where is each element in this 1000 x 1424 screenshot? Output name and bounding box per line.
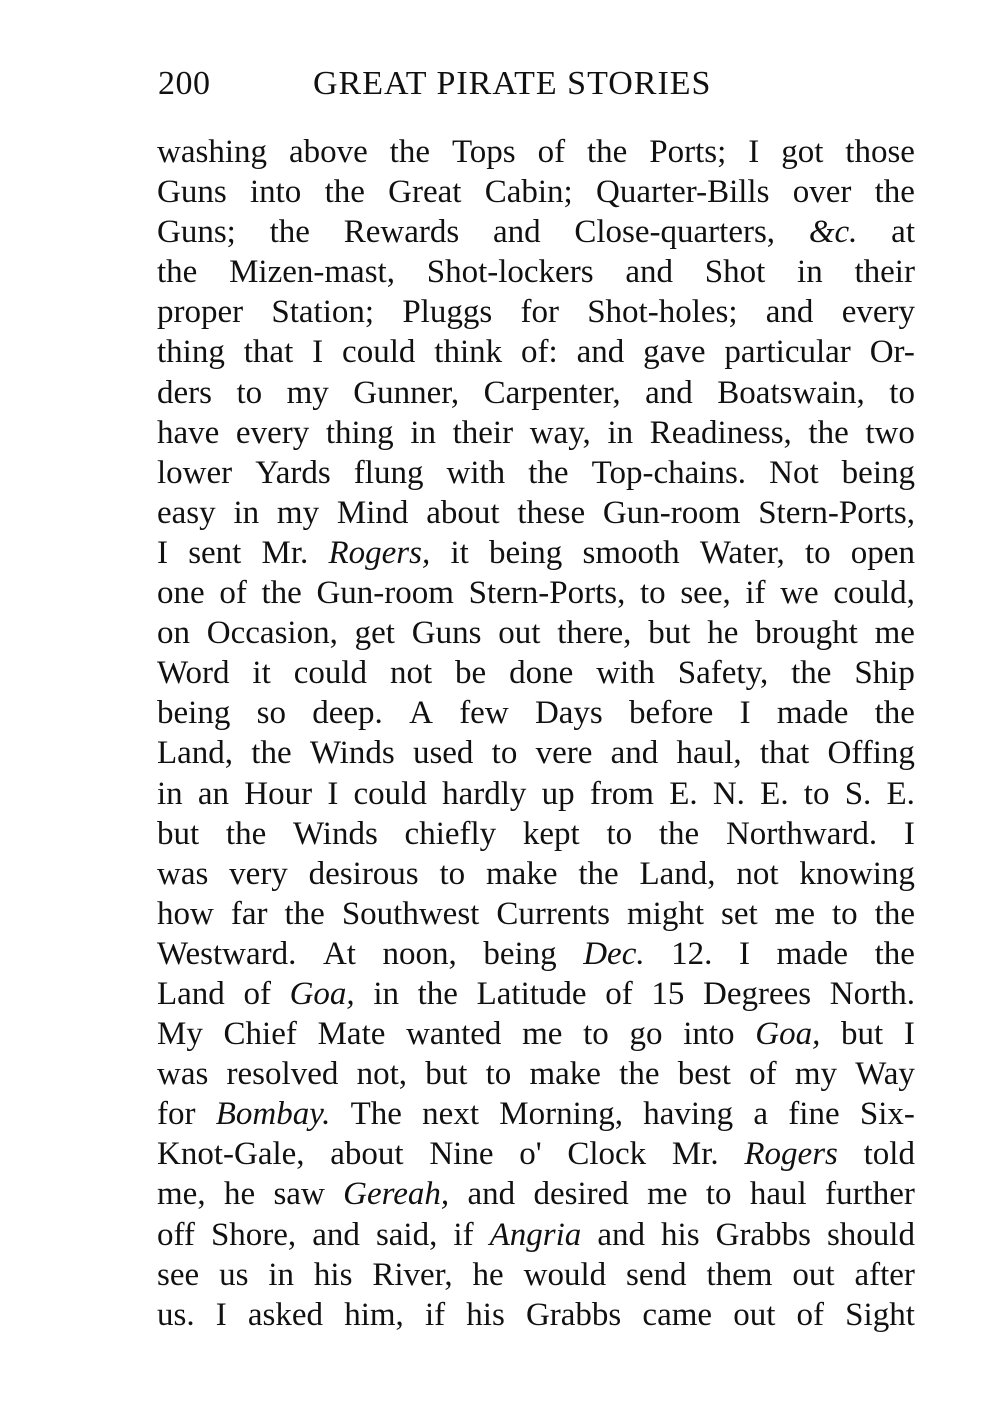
word: Stern-Ports, <box>469 573 626 613</box>
word: Grabbs <box>716 1215 811 1255</box>
book-page: 200 GREAT PIRATE STORIES washingabovethe… <box>0 0 1000 1424</box>
word: an <box>198 774 229 814</box>
text-line: howfartheSouthwestCurrentsmightsetmetoth… <box>157 894 915 934</box>
word: of <box>749 1054 777 1094</box>
word: Guns <box>157 172 227 212</box>
word: not <box>736 854 778 894</box>
text-line: buttheWindschieflykepttotheNorthward.I <box>157 814 915 854</box>
word: chiefly <box>405 814 497 854</box>
word: after <box>854 1255 914 1295</box>
text-line: seeusinhisRiver,hewouldsendthemoutafter <box>157 1255 915 1295</box>
word: River, <box>372 1255 452 1295</box>
text-line: wasresolvednot,buttomakethebestofmyWay <box>157 1054 915 1094</box>
text-line: washingabovetheTopsofthePorts;Igotthose <box>157 132 915 172</box>
word: my <box>277 493 319 533</box>
word: Close-quarters, <box>574 212 775 252</box>
word: easy <box>157 493 216 533</box>
word: Westward. <box>157 934 296 974</box>
word: his <box>661 1215 700 1255</box>
word: in <box>410 413 436 453</box>
word: the <box>875 172 915 212</box>
text-line: wasverydesiroustomaketheLand,notknowing <box>157 854 915 894</box>
word: out <box>498 613 540 653</box>
word: Station; <box>271 292 374 332</box>
word: to <box>804 774 830 814</box>
text-line: inanHourIcouldhardlyupfromE.N.E.toS.E. <box>157 774 915 814</box>
word: A <box>409 693 433 733</box>
word: Or- <box>870 332 915 372</box>
word: and <box>493 212 541 252</box>
word: to <box>236 373 262 413</box>
word: could <box>354 774 427 814</box>
word: Chief <box>224 1014 297 1054</box>
word: Dec. <box>583 934 644 974</box>
word: and <box>468 1174 516 1214</box>
word: I <box>904 1014 915 1054</box>
word: the <box>270 212 310 252</box>
word: see <box>157 1255 199 1295</box>
word: got <box>781 132 823 172</box>
word: the <box>587 132 627 172</box>
word: Ship <box>854 653 915 693</box>
word: Bombay. <box>216 1094 331 1134</box>
text-line: Land,theWindsusedtovereandhaul,thatOffin… <box>157 733 915 773</box>
word: Currents <box>496 894 610 934</box>
word: Winds <box>293 814 378 854</box>
word: Nine <box>429 1134 493 1174</box>
word: we <box>780 573 818 613</box>
word: was <box>157 854 208 894</box>
word: up <box>542 774 575 814</box>
word: off <box>157 1215 195 1255</box>
word: me <box>522 1014 562 1054</box>
word: Safety, <box>678 653 768 693</box>
word: Stern-Ports, <box>758 493 915 533</box>
word: Guns <box>412 613 482 653</box>
word: At <box>323 934 356 974</box>
word: make <box>486 854 557 894</box>
word: to <box>832 894 858 934</box>
text-line: GunsintotheGreatCabin;Quarter-Billsovert… <box>157 172 915 212</box>
word: them <box>706 1255 772 1295</box>
word: out <box>792 1255 834 1295</box>
text-line: MyChiefMatewantedmetogointoGoa,butI <box>157 1014 915 1054</box>
word: particular <box>724 332 850 372</box>
word: Boatswain, <box>717 373 865 413</box>
word: told <box>864 1134 915 1174</box>
word: me <box>775 894 815 934</box>
word: he <box>707 613 738 653</box>
word: if <box>453 1215 473 1255</box>
word: Tops <box>452 132 516 172</box>
word: these <box>517 493 585 533</box>
word: my <box>287 373 329 413</box>
word: in <box>157 774 183 814</box>
word: it <box>252 653 270 693</box>
word: into <box>250 172 301 212</box>
text-line: Guns;theRewardsandClose-quarters,&c.at <box>157 212 915 252</box>
word: that <box>244 332 293 372</box>
word: him, <box>344 1295 404 1335</box>
word: every <box>842 292 915 332</box>
word: have <box>157 413 219 453</box>
word: to <box>640 573 666 613</box>
word: Rewards <box>344 212 459 252</box>
word: the <box>251 733 291 773</box>
word: sent <box>188 533 241 573</box>
word: their <box>453 413 513 453</box>
word: and <box>312 1215 360 1255</box>
word: before <box>629 693 713 733</box>
word: above <box>289 132 368 172</box>
word: done <box>509 653 573 693</box>
word: of <box>797 1295 825 1335</box>
word: and <box>577 332 625 372</box>
word: Mr. <box>262 533 309 573</box>
word: smooth <box>582 533 679 573</box>
word: Land <box>157 974 225 1014</box>
word: flung <box>354 453 424 493</box>
word: so <box>257 693 286 733</box>
word: my <box>795 1054 837 1094</box>
word: I <box>739 934 750 974</box>
word: Carpenter, <box>484 373 621 413</box>
running-title: GREAT PIRATE STORIES <box>313 62 711 106</box>
text-line: easyinmyMindabouttheseGun-roomStern-Port… <box>157 493 915 533</box>
word: 15 <box>651 974 684 1014</box>
word: the <box>325 172 365 212</box>
word: Word <box>157 653 230 693</box>
word: and <box>625 252 673 292</box>
word: send <box>626 1255 687 1295</box>
word: was <box>157 1054 208 1094</box>
word: Guns; <box>157 212 236 252</box>
word: Shot-lockers <box>427 252 594 292</box>
word: from <box>590 774 654 814</box>
word: Northward. <box>726 814 877 854</box>
word: saw <box>273 1174 324 1214</box>
text-line: theMizen-mast,Shot-lockersandShotintheir <box>157 252 915 292</box>
word: being <box>483 934 556 974</box>
word: he <box>473 1255 504 1295</box>
word: I <box>216 1295 227 1335</box>
word: Gunner, <box>353 373 459 413</box>
word: Clock <box>567 1134 646 1174</box>
word: noon, <box>383 934 457 974</box>
word: on <box>157 613 190 653</box>
word: that <box>760 733 809 773</box>
text-line: lowerYardsflungwiththeTop-chains.Notbein… <box>157 453 915 493</box>
text-line: IsentMr.Rogers,itbeingsmoothWater,toopen <box>157 533 915 573</box>
word: would <box>524 1255 607 1295</box>
word: the <box>226 814 266 854</box>
word: open <box>851 533 915 573</box>
word: to <box>492 733 518 773</box>
word: Way <box>855 1054 915 1094</box>
word: further <box>825 1174 915 1214</box>
word: proper <box>157 292 243 332</box>
word: to <box>583 1014 609 1054</box>
word: us <box>219 1255 248 1295</box>
word: Rogers <box>744 1134 838 1174</box>
word: might <box>627 894 704 934</box>
word: fine <box>788 1094 839 1134</box>
word: should <box>827 1215 915 1255</box>
text-line: haveeverythingintheirway,inReadiness,the… <box>157 413 915 453</box>
word: one <box>157 573 205 613</box>
text-line: beingsodeep.AfewDaysbeforeImadethe <box>157 693 915 733</box>
word: how <box>157 894 214 934</box>
word: way, <box>530 413 591 453</box>
word: lower <box>157 453 232 493</box>
word: the <box>261 573 301 613</box>
word: could, <box>833 573 915 613</box>
word: over <box>793 172 852 212</box>
text-line: thingthatIcouldthinkof:andgaveparticular… <box>157 332 915 372</box>
word: of <box>538 132 566 172</box>
word: could <box>294 653 367 693</box>
word: North. <box>830 974 915 1014</box>
word: to <box>440 854 466 894</box>
word: Southwest <box>342 894 480 934</box>
word: if <box>425 1295 445 1335</box>
text-line: Knot-Gale,aboutNineo'ClockMr.Rogerstold <box>157 1134 915 1174</box>
word: but <box>425 1054 467 1094</box>
word: haul, <box>677 733 742 773</box>
word: Gun-room <box>316 573 453 613</box>
word: a <box>753 1094 768 1134</box>
word: used <box>413 733 474 773</box>
word: I <box>748 132 759 172</box>
word: Six- <box>860 1094 915 1134</box>
word: Quarter-Bills <box>596 172 769 212</box>
text-line: onOccasion,getGunsoutthere,buthebroughtm… <box>157 613 915 653</box>
word: the <box>284 894 324 934</box>
word: I <box>904 814 915 854</box>
word: I <box>740 693 751 733</box>
word: having <box>643 1094 733 1134</box>
word: it <box>450 533 468 573</box>
word: the <box>418 974 458 1014</box>
word: Latitude <box>477 974 587 1014</box>
word: Mind <box>337 493 409 533</box>
word: about <box>330 1134 403 1174</box>
word: Hour <box>244 774 312 814</box>
word: being <box>489 533 562 573</box>
word: to <box>889 373 915 413</box>
word: E. <box>669 774 697 814</box>
word: 12. <box>671 934 712 974</box>
word: get <box>355 613 395 653</box>
word: Morning, <box>499 1094 623 1134</box>
word: Gereah, <box>343 1174 449 1214</box>
word: of: <box>521 332 558 372</box>
word: us. <box>157 1295 195 1335</box>
word: the <box>157 252 197 292</box>
word: me <box>875 613 915 653</box>
word: there, <box>557 613 631 653</box>
word: Goa, <box>290 974 355 1014</box>
word: those <box>845 132 915 172</box>
word: the <box>578 854 618 894</box>
word: Not <box>769 453 819 493</box>
body-text: washingabovetheTopsofthePorts;IgotthoseG… <box>157 132 915 1335</box>
word: to <box>486 1054 512 1094</box>
word: of <box>219 573 247 613</box>
word: few <box>459 693 508 733</box>
word: to <box>706 1174 732 1214</box>
word: desired <box>534 1174 629 1214</box>
word: of <box>243 974 271 1014</box>
word: but <box>841 1014 883 1054</box>
word: washing <box>157 132 267 172</box>
word: &c. <box>809 212 858 252</box>
word: the <box>528 453 568 493</box>
word: Shot <box>705 252 766 292</box>
word: their <box>854 252 914 292</box>
word: vere <box>536 733 593 773</box>
word: resolved <box>227 1054 339 1094</box>
word: Shore, <box>211 1215 296 1255</box>
word: N. <box>713 774 745 814</box>
word: The <box>351 1094 402 1134</box>
word: very <box>229 854 288 894</box>
word: next <box>422 1094 479 1134</box>
word: and <box>611 733 659 773</box>
word: with <box>447 453 506 493</box>
word: could <box>342 332 415 372</box>
word: I <box>157 533 168 573</box>
text-line: derstomyGunner,Carpenter,andBoatswain,to <box>157 373 915 413</box>
word: with <box>596 653 655 693</box>
word: Grabbs <box>526 1295 621 1335</box>
word: the <box>619 1054 659 1094</box>
word: every <box>236 413 309 453</box>
word: if <box>745 573 765 613</box>
word: think <box>434 332 502 372</box>
word: came <box>642 1295 712 1335</box>
text-line: offShore,andsaid,ifAngriaandhisGrabbssho… <box>157 1215 915 1255</box>
word: Pluggs <box>402 292 492 332</box>
word: for <box>520 292 558 332</box>
word: Sight <box>845 1295 915 1335</box>
word: Cabin; <box>485 172 573 212</box>
word: made <box>777 693 848 733</box>
word: out <box>733 1295 775 1335</box>
text-line: WorditcouldnotbedonewithSafety,theShip <box>157 653 915 693</box>
text-line: Westward.Atnoon,beingDec.12.Imadethe <box>157 934 915 974</box>
word: Days <box>535 693 603 733</box>
word: me <box>647 1174 687 1214</box>
word: brought <box>755 613 858 653</box>
word: not <box>390 653 432 693</box>
word: in <box>233 493 259 533</box>
word: the <box>875 934 915 974</box>
running-head: 200 GREAT PIRATE STORIES <box>158 62 778 106</box>
word: the <box>808 413 848 453</box>
word: the <box>875 693 915 733</box>
word: desirous <box>309 854 419 894</box>
word: Knot-Gale, <box>157 1134 305 1174</box>
word: in <box>373 974 399 1014</box>
word: the <box>875 894 915 934</box>
text-line: properStation;PluggsforShot-holes;andeve… <box>157 292 915 332</box>
word: Readiness, <box>650 413 792 453</box>
word: deep. <box>312 693 383 733</box>
word: thing <box>326 413 394 453</box>
word: but <box>157 814 199 854</box>
text-line: me,hesawGereah,anddesiredmetohaulfurther <box>157 1174 915 1214</box>
word: Land, <box>640 854 716 894</box>
word: Angria <box>490 1215 582 1255</box>
word: I <box>312 332 323 372</box>
word: haul <box>750 1174 807 1214</box>
word: asked <box>248 1295 323 1335</box>
word: ders <box>157 373 212 413</box>
text-line: LandofGoa,intheLatitudeof15DegreesNorth. <box>157 974 915 1014</box>
word: in <box>607 413 633 453</box>
word: Degrees <box>703 974 811 1014</box>
word: the <box>791 653 831 693</box>
text-line: us.Iaskedhim,ifhisGrabbscameoutofSight <box>157 1295 915 1335</box>
word: into <box>683 1014 734 1054</box>
word: I <box>327 774 338 814</box>
word: he <box>224 1174 255 1214</box>
word: me, <box>157 1174 206 1214</box>
word: Yards <box>255 453 331 493</box>
word: to <box>805 533 831 573</box>
word: My <box>157 1014 203 1054</box>
word: S. <box>845 774 872 814</box>
word: not, <box>357 1054 407 1094</box>
word: Rogers, <box>329 533 431 573</box>
word: in <box>268 1255 294 1295</box>
word: Winds <box>310 733 395 773</box>
word: Great <box>388 172 461 212</box>
word: Mate <box>318 1014 386 1054</box>
word: in <box>797 252 823 292</box>
word: Goa, <box>755 1014 820 1054</box>
word: Mizen-mast, <box>229 252 395 292</box>
word: see, <box>680 573 730 613</box>
word: far <box>231 894 268 934</box>
word: hardly <box>442 774 526 814</box>
word: two <box>865 413 915 453</box>
word: E. <box>760 774 788 814</box>
word: gave <box>643 332 705 372</box>
word: Mr. <box>672 1134 719 1174</box>
page-number: 200 <box>158 62 211 106</box>
word: and <box>597 1215 645 1255</box>
word: and <box>766 292 814 332</box>
word: E. <box>887 774 915 814</box>
word: but <box>648 613 690 653</box>
word: Top-chains. <box>592 453 746 493</box>
word: being <box>842 453 915 493</box>
word: his <box>314 1255 353 1295</box>
word: at <box>891 212 915 252</box>
text-line: oneoftheGun-roomStern-Ports,tosee,ifweco… <box>157 573 915 613</box>
word: thing <box>157 332 225 372</box>
word: go <box>630 1014 663 1054</box>
word: being <box>157 693 230 733</box>
word: kept <box>523 814 580 854</box>
word: make <box>529 1054 600 1094</box>
word: o' <box>519 1134 541 1174</box>
word: wanted <box>406 1014 501 1054</box>
word: to <box>606 814 632 854</box>
word: for <box>157 1094 195 1134</box>
